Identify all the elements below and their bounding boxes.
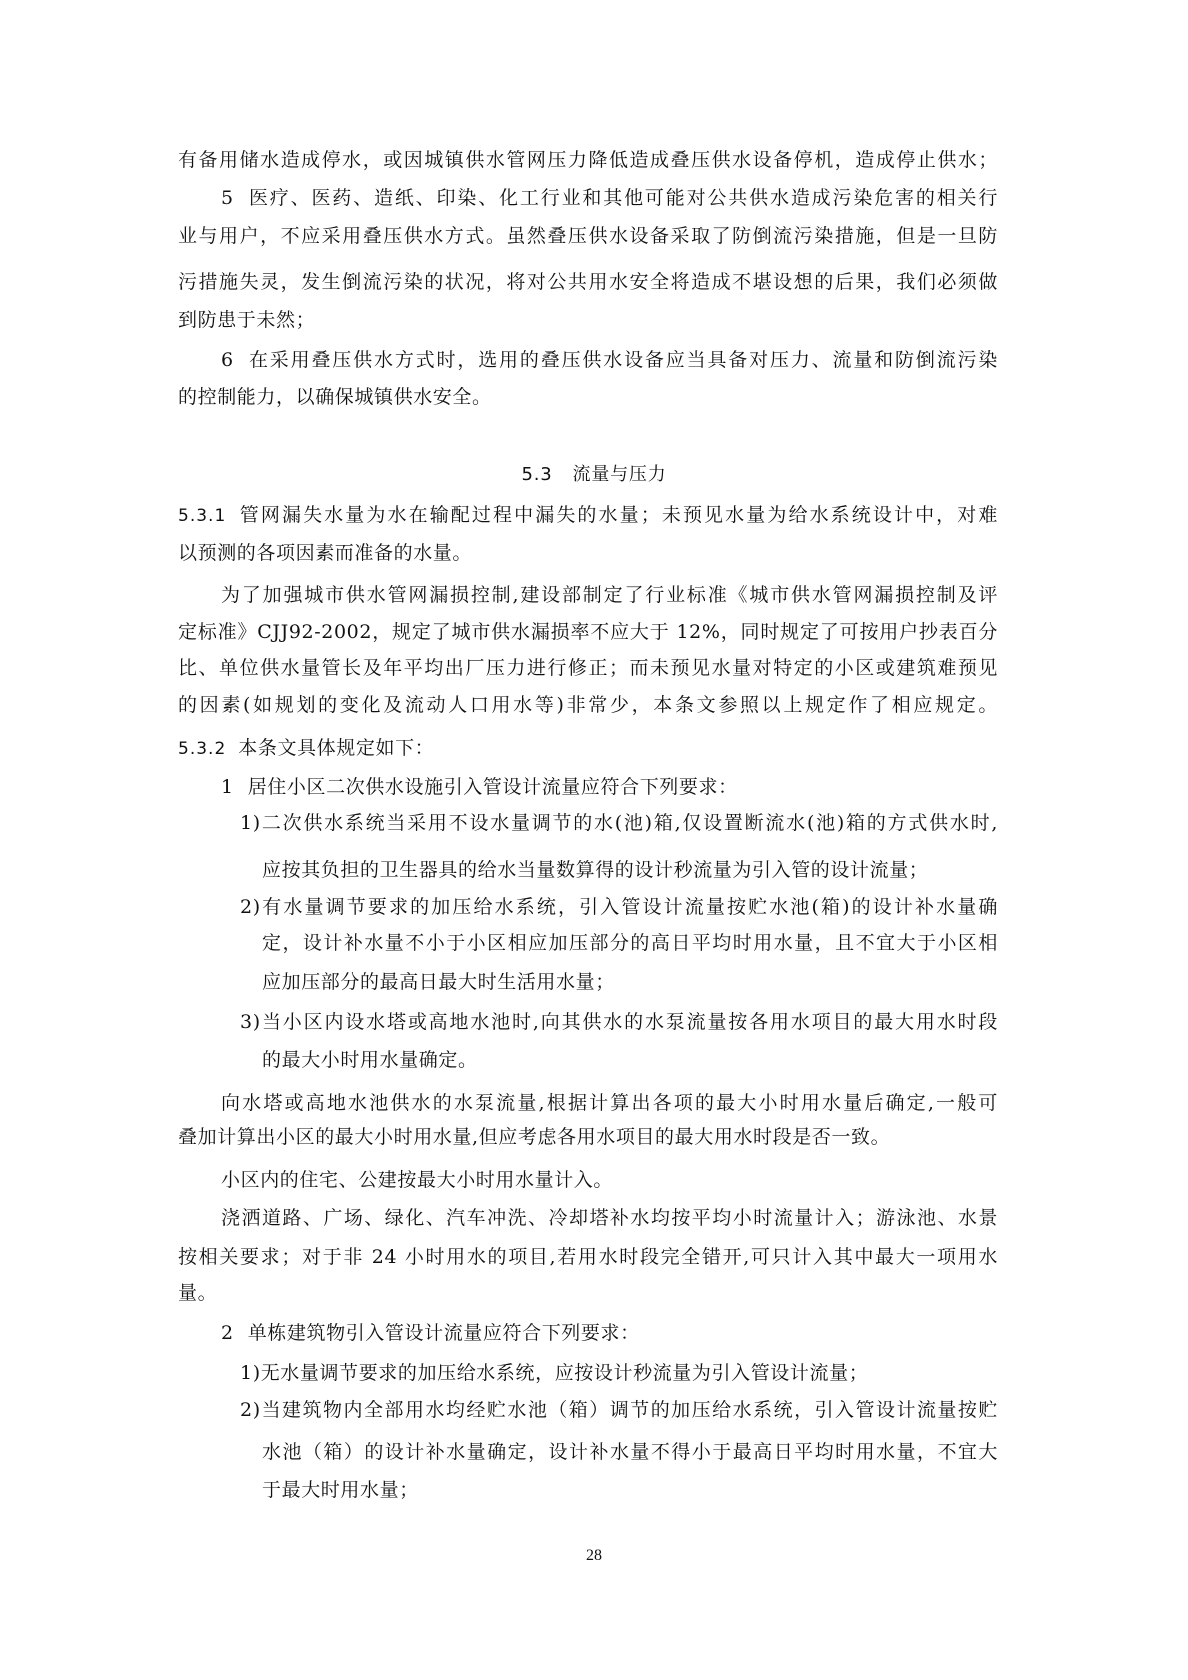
sub-item: 1)无水量调节要求的加压给水系统，应按设计秒流量为引入管设计流量； — [240, 1361, 998, 1385]
item-number: 2 — [221, 1322, 234, 1344]
list-item-2: 2单栋建筑物引入管设计流量应符合下列要求： — [221, 1321, 998, 1345]
list-item-5: 5医疗、医药、造纸、印染、化工行业和其他可能对公共供水造成污染危害的相关行 — [221, 186, 998, 210]
text-line: 小区内的住宅、公建按最大小时用水量计入。 — [221, 1168, 998, 1192]
text-line: 比、单位供水量管长及年平均出厂压力进行修正；而未预见水量对特定的小区或建筑难预见 — [178, 656, 998, 680]
sub-item-cont: 的最大小时用水量确定。 — [262, 1048, 998, 1072]
clause-number: 5.3.2 — [178, 739, 226, 759]
sub-item-cont: 应按其负担的卫生器具的给水当量数算得的设计秒流量为引入管的设计流量； — [262, 858, 998, 882]
item-number: 5 — [221, 187, 234, 209]
section-title: 流量与压力 — [573, 464, 667, 485]
item-text: 在采用叠压供水方式时，选用的叠压供水设备应当具备对压力、流量和防倒流污染 — [248, 349, 998, 371]
section-number: 5.3 — [521, 464, 552, 485]
list-item-1: 1居住小区二次供水设施引入管设计流量应符合下列要求： — [221, 775, 998, 799]
item-text: 居住小区二次供水设施引入管设计流量应符合下列要求： — [248, 776, 738, 798]
item-number: 6 — [221, 349, 234, 371]
sub-item: 2)有水量调节要求的加压给水系统，引入管设计流量按贮水池(箱)的设计补水量确 — [240, 895, 998, 919]
document-page: 有备用储水造成停水，或因城镇供水管网压力降低造成叠压供水设备停机，造成停止供水；… — [0, 0, 1188, 1680]
text-line: 叠加计算出小区的最大小时用水量,但应考虑各用水项目的最大用水时段是否一致。 — [178, 1125, 998, 1149]
page-number: 28 — [0, 1547, 1188, 1565]
text-line: 污措施失灵，发生倒流污染的状况，将对公共用水安全将造成不堪设想的后果，我们必须做 — [178, 270, 998, 294]
text-line: 按相关要求；对于非 24 小时用水的项目,若用水时段完全错开,可只计入其中最大一… — [178, 1245, 998, 1269]
text-line: 有备用储水造成停水，或因城镇供水管网压力降低造成叠压供水设备停机，造成停止供水； — [178, 148, 998, 172]
list-item-6: 6在采用叠压供水方式时，选用的叠压供水设备应当具备对压力、流量和防倒流污染 — [221, 348, 998, 372]
text-line: 到防患于未然； — [178, 308, 998, 332]
sub-item-cont: 定，设计补水量不小于小区相应加压部分的高日平均时用水量，且不宜大于小区相 — [262, 931, 998, 955]
sub-item-cont: 于最大时用水量； — [262, 1478, 998, 1502]
sub-item-cont: 水池（箱）的设计补水量确定，设计补水量不得小于最高日平均时用水量，不宜大 — [262, 1440, 998, 1464]
clause-5-3-1: 5.3.1管网漏失水量为水在输配过程中漏失的水量；未预见水量为给水系统设计中，对… — [178, 503, 998, 528]
clause-number: 5.3.1 — [178, 506, 226, 526]
clause-5-3-2: 5.3.2本条文具体规定如下： — [178, 736, 998, 761]
text-line: 浇洒道路、广场、绿化、汽车冲洗、冷却塔补水均按平均小时流量计入；游泳池、水景 — [221, 1206, 998, 1230]
text-line: 的因素(如规划的变化及流动人口用水等)非常少，本条文参照以上规定作了相应规定。 — [178, 693, 998, 717]
text-line: 为了加强城市供水管网漏损控制,建设部制定了行业标准《城市供水管网漏损控制及评 — [221, 583, 998, 607]
text-line: 业与用户，不应采用叠压供水方式。虽然叠压供水设备采取了防倒流污染措施，但是一旦防 — [178, 224, 998, 248]
sub-item: 1)二次供水系统当采用不设水量调节的水(池)箱,仅设置断流水(池)箱的方式供水时… — [240, 811, 998, 835]
item-text: 医疗、医药、造纸、印染、化工行业和其他可能对公共供水造成污染危害的相关行 — [248, 187, 998, 209]
text-line: 向水塔或高地水池供水的水泵流量,根据计算出各项的最大小时用水量后确定,一般可 — [221, 1091, 998, 1115]
item-text: 单栋建筑物引入管设计流量应符合下列要求： — [248, 1322, 640, 1344]
sub-item-cont: 应加压部分的最高日最大时生活用水量； — [262, 970, 998, 994]
text-line: 定标准》CJJ92-2002，规定了城市供水漏损率不应大于 12%，同时规定了可… — [178, 620, 998, 644]
clause-text: 本条文具体规定如下： — [238, 737, 434, 759]
item-number: 1 — [221, 776, 234, 798]
sub-item: 3)当小区内设水塔或高地水池时,向其供水的水泵流量按各用水项目的最大用水时段 — [240, 1010, 998, 1034]
text-line: 以预测的各项因素而准备的水量。 — [178, 541, 998, 565]
sub-item: 2)当建筑物内全部用水均经贮水池（箱）调节的加压给水系统，引入管设计流量按贮 — [240, 1398, 998, 1422]
section-heading: 5.3流量与压力 — [0, 463, 1188, 487]
clause-text: 管网漏失水量为水在输配过程中漏失的水量；未预见水量为给水系统设计中，对难 — [238, 504, 998, 526]
text-line: 的控制能力，以确保城镇供水安全。 — [178, 385, 998, 409]
text-line: 量。 — [178, 1281, 998, 1305]
